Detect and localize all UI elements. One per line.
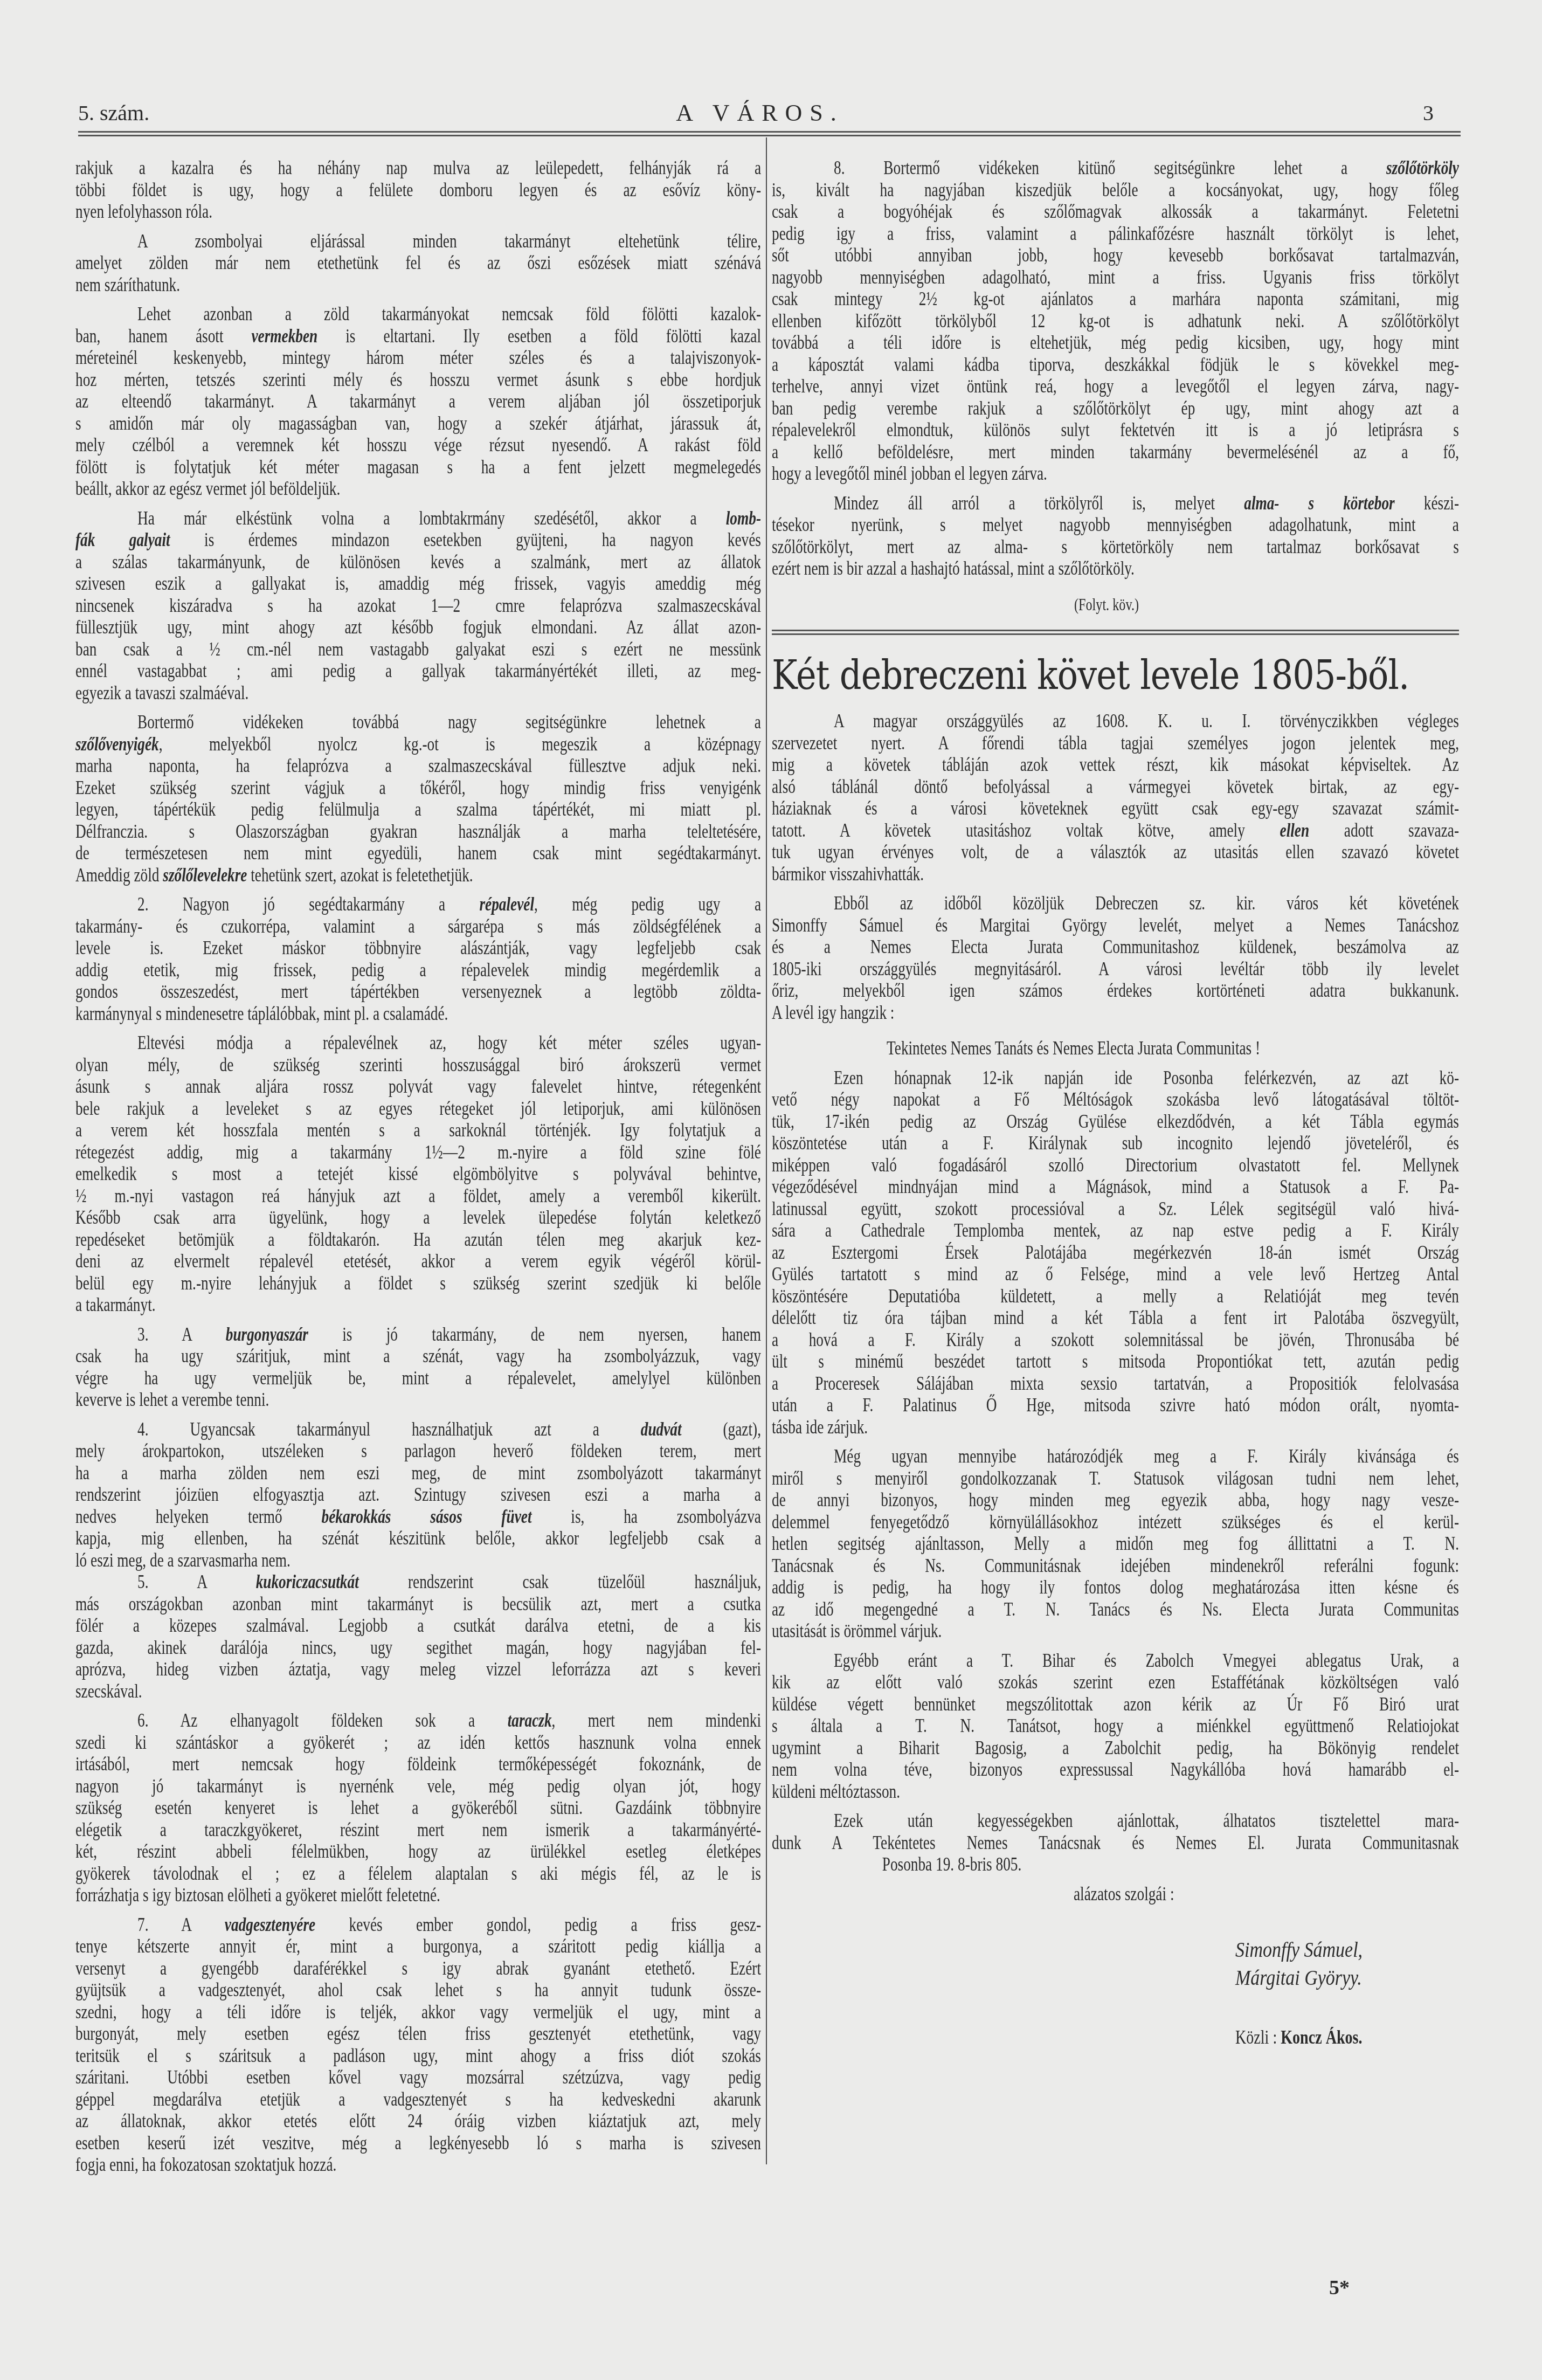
text-line: fogja enni, ha fokozatosan szoktatjuk ho… bbox=[75, 2154, 761, 2176]
text-line: a verem két hosszfala mentén s a sarkokn… bbox=[75, 1120, 761, 1142]
text-line: nyen lefolyhasson róla. bbox=[75, 201, 761, 223]
text-line: hogy a levegőtől minél jobban el legyen … bbox=[772, 463, 1459, 485]
text-line: olyan mély, de szükség szerinti hosszusá… bbox=[75, 1054, 761, 1077]
text-line: háziaknak és a városi követeknek együtt … bbox=[772, 798, 1459, 820]
issue-number: 5. szám. bbox=[78, 102, 149, 124]
text-line: gondos összeszedést, mert tápértékben ve… bbox=[75, 981, 761, 1003]
text-line: más országokban azonban mint takarmányt … bbox=[75, 1593, 761, 1616]
article-intro: A magyar országgyülés az 1608. K. u. I. … bbox=[772, 710, 1459, 1024]
text-line: Ha már elkéstünk volna a lombtakrmány sz… bbox=[75, 508, 761, 530]
text-line: rakjuk a kazalra és ha néhány nap mulva … bbox=[75, 157, 761, 180]
text-line: sőt utóbbi annyiban jobb, hogy kevesebb … bbox=[772, 245, 1459, 267]
text-line: szivesen eszik a gallyakat is, amaddig m… bbox=[75, 573, 761, 595]
text-line: szőlővenyigék, melyekből nyolcz kg.-ot i… bbox=[75, 734, 761, 756]
text-line: szükség esetén kenyeret is lehet a gyöke… bbox=[75, 1797, 761, 1819]
text-line: de annyi bizonyos, hogy minden meg egyez… bbox=[772, 1489, 1459, 1512]
text-line: Ebből az időből közöljük Debreczen sz. k… bbox=[772, 893, 1459, 915]
text-line: utasitását is örömmel várjuk. bbox=[772, 1620, 1459, 1643]
text-line: Egyébb eránt a T. Bihar és Zabolch Vmegy… bbox=[772, 1650, 1459, 1672]
text-line: a hová a F. Király a szokott solemnitáss… bbox=[772, 1329, 1459, 1351]
text-line: az idő megengedné a T. N. Tanács és Ns. … bbox=[772, 1599, 1459, 1621]
text-line: tésekor nyerünk, s melyet nagyobb mennyi… bbox=[772, 514, 1459, 536]
text-line: ban csak a ½ cm.-nél nem vastagabb galya… bbox=[75, 639, 761, 661]
article-title: Két debreczeni követ levele 1805-ből. bbox=[772, 646, 1459, 710]
text-line: ló eszi meg, de a szarvasmarha nem. bbox=[75, 1550, 761, 1572]
text-line: emelkedik s most a tetejét kissé elgömbö… bbox=[75, 1163, 761, 1185]
text-line: Tanácsnak és Ns. Communitásnak idejében … bbox=[772, 1555, 1459, 1577]
text-line: latinussal együtt, szokott processióval … bbox=[772, 1198, 1459, 1220]
text-line: tuk ugyan érvényes volt, de a választók … bbox=[772, 841, 1459, 864]
text-line: a takarmányt. bbox=[75, 1294, 761, 1316]
text-line: miképpen való fogadásáról szolló Directo… bbox=[772, 1155, 1459, 1177]
text-line: nem száríthatunk. bbox=[75, 274, 761, 296]
text-line: 1805-iki országgyülés megnyitásáról. A v… bbox=[772, 958, 1459, 981]
text-line: Mindez áll arról a törkölyről is, melyet… bbox=[772, 493, 1459, 515]
text-line: csak mintegy 2½ kg-ot ajánlatos a marhár… bbox=[772, 288, 1459, 311]
text-line: levele is. Ezeket máskor többnyire alász… bbox=[75, 937, 761, 960]
text-line: marha naponta, ha felaprózva a szalmasze… bbox=[75, 755, 761, 777]
text-line: szedi ki szántáskor a gyökerét ; az idén… bbox=[75, 1732, 761, 1754]
text-line: és a Nemes Electa Jurata Communitashoz k… bbox=[772, 936, 1459, 958]
text-line: ennél vastagabbat ; ami pedig a gallyak … bbox=[75, 660, 761, 682]
text-line: az állatoknak, akkor etetés előtt 24 órá… bbox=[75, 2110, 761, 2133]
text-line: Délfranczia. s Olaszországban gyakran ha… bbox=[75, 821, 761, 843]
text-line: ugymint a Biharit Bagosig, a Zabolchit p… bbox=[772, 1737, 1459, 1760]
text-line: tásba ide zárjuk. bbox=[772, 1417, 1459, 1439]
newspaper-title: A VÁROS. bbox=[647, 102, 873, 124]
text-line: füllesztjük ugy, mint ahogy azt később f… bbox=[75, 617, 761, 639]
text-line: s amidőn már oly magasságban van, hogy a… bbox=[75, 413, 761, 435]
text-line: köszöntetése után a F. Királynak sub inc… bbox=[772, 1133, 1459, 1155]
text-line: Ezen hónapnak 12-ik napján ide Posonba f… bbox=[772, 1067, 1459, 1089]
text-line: mely árokpartokon, utszéleken s parlagon… bbox=[75, 1440, 761, 1463]
text-line: aprózva, hideg vizben áztatja, vagy mele… bbox=[75, 1659, 761, 1681]
text-line: tatott. A követek utasitáshoz voltak köt… bbox=[772, 820, 1459, 842]
text-line: fölött is folytatjuk két méter magasan s… bbox=[75, 457, 761, 479]
text-line: tük, 17-ikén pedig az Ország Gyülése elk… bbox=[772, 1111, 1459, 1133]
text-line: Később csak arra ügyelünk, hogy a levele… bbox=[75, 1207, 761, 1229]
text-line: ½ m.-nyi vastagon reá hányjuk azt a föld… bbox=[75, 1185, 761, 1208]
communicated-by: Közli : Koncz Ákos. bbox=[772, 2026, 1459, 2048]
page-header: 5. szám. A VÁROS. 3 bbox=[0, 0, 1542, 140]
text-line: 6. Az elhanyagolt földeken sok a taraczk… bbox=[75, 1710, 761, 1732]
text-line: versenyt a gyengébb daraférékkel s igy a… bbox=[75, 1958, 761, 1980]
text-line: Ezeket szükség szerint vágjuk a tőkéről,… bbox=[75, 777, 761, 799]
text-line: Még ugyan mennyibe határozódjék meg a F.… bbox=[772, 1446, 1459, 1468]
text-line: ült s minémű beszédet tartott s mitsoda … bbox=[772, 1351, 1459, 1373]
text-line: nagyobb mennyiségben adagolható, mint a … bbox=[772, 267, 1459, 289]
text-line: Eltevési módja a répalevélnek az, hogy k… bbox=[75, 1032, 761, 1054]
text-line: tenye kétszerte annyit ér, mint a burgon… bbox=[75, 1936, 761, 1958]
continuation-note: (Folyt. köv.) bbox=[772, 594, 1459, 616]
text-line: rétegezést addig, mig a takarmány 1½—2 m… bbox=[75, 1142, 761, 1164]
text-line: továbbá a téli időre is eltehetjük, még … bbox=[772, 332, 1459, 354]
text-line: 8. Bortermő vidékeken kitünő segitségünk… bbox=[772, 157, 1459, 180]
text-line: a kellő beföldelésre, mert minden takarm… bbox=[772, 441, 1459, 464]
text-line: gazda, akinek darálója nincs, ugy segith… bbox=[75, 1637, 761, 1659]
text-line: fölér a közepes szalmával. Legjobb a csu… bbox=[75, 1615, 761, 1637]
text-line: hetlen segitség ajánltasson, Melly a mid… bbox=[772, 1533, 1459, 1555]
page-number: 3 bbox=[1423, 102, 1434, 124]
text-line: hoz mérten, tetszés szerinti mély és hos… bbox=[75, 369, 761, 391]
text-line: 7. A vadgesztenyére kevés ember gondol, … bbox=[75, 1914, 761, 1936]
text-line: küldése végett bennünket megszólitottak … bbox=[772, 1694, 1459, 1716]
text-line: vető négy napokat a Fő Méltóságok szokás… bbox=[772, 1089, 1459, 1111]
text-line: de természetesen nem mint egyedüli, hane… bbox=[75, 843, 761, 865]
letter-date-place: Posonba 19. 8-bris 805. bbox=[772, 1854, 1459, 1876]
text-line: 2. Nagyon jó segédtakarmány a répalevél,… bbox=[75, 894, 761, 916]
text-line: gyüjtsük a vadgesztenyét, ahol csak lehe… bbox=[75, 1979, 761, 2002]
text-line: szedni, hogy a téli időre is teljék, akk… bbox=[75, 2002, 761, 2024]
text-line: délelőtt tiz óra tájban mind a két Tábla… bbox=[772, 1307, 1459, 1329]
text-line: kik az előtt való szokás szerint ezen Es… bbox=[772, 1672, 1459, 1694]
text-line: méreteinél keskenyebb, mintegy három mét… bbox=[75, 347, 761, 369]
left-column-article: rakjuk a kazalra és ha néhány nap mulva … bbox=[75, 157, 761, 2176]
text-line: irtásából, mert nemcsak hogy földeink te… bbox=[75, 1754, 761, 1776]
text-line: 4. Ugyancsak takarmányul használhatjuk a… bbox=[75, 1419, 761, 1441]
text-line: szőlőtörkölyt, mert az alma- s körtetörk… bbox=[772, 536, 1459, 558]
text-line: csak a bogyóhéjak és szőlőmagvak alkossá… bbox=[772, 201, 1459, 223]
text-line: 5. A kukoriczacsutkát rendszerint csak t… bbox=[75, 1571, 761, 1593]
column-divider bbox=[766, 137, 767, 2164]
header-double-rule bbox=[78, 131, 1461, 136]
text-line: küldeni méltóztasson. bbox=[772, 1781, 1459, 1803]
text-line: az Esztergomi Érsek Palotájába megérkezv… bbox=[772, 1242, 1459, 1264]
text-line: amelyet zölden már nem etethetünk fel és… bbox=[75, 252, 761, 274]
text-line: ha a marha zölden nem eszi meg, de mint … bbox=[75, 1463, 761, 1485]
text-line: ásunk s annak aljára rossz polyvát vagy … bbox=[75, 1076, 761, 1098]
text-line: Ameddig zöld szőlőlevelekre tehetünk sze… bbox=[75, 865, 761, 887]
signature-1: Simonffy Sámuel, bbox=[772, 1937, 1459, 1962]
text-line: miről s menyiről gondolkozzanak T. Statu… bbox=[772, 1468, 1459, 1490]
text-line: fák galyait is érdemes mindazon esetekbe… bbox=[75, 529, 761, 551]
letter-salutation: Tekintetes Nemes Tanáts és Nemes Electa … bbox=[772, 1038, 1459, 1060]
text-line: teritsük el s száritsuk a padláson ugy, … bbox=[75, 2045, 761, 2067]
text-line: forrázhatja s igy biztosan elölheti a gy… bbox=[75, 1885, 761, 1907]
text-line: után a F. Palatinus Ő Hge, mitsoda szivr… bbox=[772, 1395, 1459, 1417]
text-line: burgonyát, mely esetben egész télen fris… bbox=[75, 2023, 761, 2045]
text-line: nem volna téve, bizonyos expressussal Na… bbox=[772, 1759, 1459, 1781]
text-line: Simonffy Sámuel és Margitai György level… bbox=[772, 915, 1459, 937]
text-line: szervezetet nyert. A főrendi tábla tagja… bbox=[772, 733, 1459, 755]
text-line: bele rakjuk a leveleket s az egyes réteg… bbox=[75, 1098, 761, 1120]
right-column: 8. Bortermő vidékeken kitünő segitségünk… bbox=[772, 157, 1459, 2048]
text-line: elégetik a taraczkgyökeret, részint mert… bbox=[75, 1819, 761, 1841]
text-line: rendszerint jóizüen elfogyasztja azt. Sz… bbox=[75, 1484, 761, 1506]
printer-signature-mark: 5* bbox=[1329, 2276, 1350, 2300]
communicated-by-name: Koncz Ákos. bbox=[1281, 2026, 1362, 2048]
text-line: ezért nem is bir azzal a hashajtó hatáss… bbox=[772, 558, 1459, 580]
text-line: csak ha ugy száritjuk, mint a szénát, va… bbox=[75, 1346, 761, 1368]
text-line: a Proceresek Sálájában mixta sexsio tart… bbox=[772, 1373, 1459, 1395]
text-line: s általa a T. N. Tanátsot, hogy a miénkk… bbox=[772, 1715, 1459, 1737]
text-line: belül egy m.-nyire lehányjuk a földet s … bbox=[75, 1273, 761, 1295]
communicated-by-label: Közli : bbox=[1235, 2026, 1277, 2048]
text-line: is, kivált ha nagyjában kiszedjük belőle… bbox=[772, 180, 1459, 202]
feed-article-continuation: 8. Bortermő vidékeken kitünő segitségünk… bbox=[772, 157, 1459, 580]
text-line: addig etetik, mig frissek, pedig a répal… bbox=[75, 960, 761, 982]
text-line: a szálas takarmányunk, de különösen kevé… bbox=[75, 551, 761, 574]
text-line: géppel megdarálva etetjük a vadgesztenyé… bbox=[75, 2089, 761, 2111]
text-line: beállt, akkor az egész vermet jól beföld… bbox=[75, 478, 761, 500]
text-line: ellenben kifőzött törkölyből 12 kg-ot is… bbox=[772, 311, 1459, 333]
text-line: nincsenek kiszáradva s ha azokat 1—2 cmr… bbox=[75, 595, 761, 617]
text-line: gyökerek távolodnak el ; ez a félelem al… bbox=[75, 1863, 761, 1885]
text-line: terhelve, annyi vizet öntünk reá, hogy a… bbox=[772, 376, 1459, 398]
text-line: kapja, mig ellenben, ha szénát készitünk… bbox=[75, 1528, 761, 1550]
article-separator-rule bbox=[772, 630, 1459, 635]
text-line: legyen, tápértékük pedig felülmulja a sz… bbox=[75, 799, 761, 821]
text-line: két, részint abbeli félelmükben, hogy az… bbox=[75, 1841, 761, 1863]
text-line: dunk A Tekéntetes Nemes Tanácsnak és Nem… bbox=[772, 1832, 1459, 1854]
text-line: száritani. Utóbbi esetben kővel vagy moz… bbox=[75, 2067, 761, 2089]
text-line: többi földet is ugy, hogy a felülete dom… bbox=[75, 180, 761, 202]
text-line: sára a Cathedrale Templomba mentek, az n… bbox=[772, 1220, 1459, 1242]
text-line: Lehet azonban a zöld takarmányokat nemcs… bbox=[75, 303, 761, 326]
text-line: delemmel fenyegetődző környülállásokhoz … bbox=[772, 1512, 1459, 1534]
text-line: A magyar országgyülés az 1608. K. u. I. … bbox=[772, 710, 1459, 733]
text-line: szecskával. bbox=[75, 1681, 761, 1703]
text-line: a káposztát valami kádba tiporva, deszká… bbox=[772, 354, 1459, 376]
text-line: addig is pedig, ha hogy ily fontos dolog… bbox=[772, 1577, 1459, 1599]
text-line: végeződésével mindnyájan mind a Mágnások… bbox=[772, 1176, 1459, 1198]
text-line: keverve is lehet a verembe tenni. bbox=[75, 1389, 761, 1411]
text-line: ban, hanem ásott vermekben is eltartani.… bbox=[75, 326, 761, 348]
letter-body: Ezen hónapnak 12-ik napján ide Posonba f… bbox=[772, 1067, 1459, 1854]
text-line: egyezik a tavaszi szalmáéval. bbox=[75, 682, 761, 705]
text-line: végre ha ugy vermeljük be, mint a répale… bbox=[75, 1368, 761, 1390]
text-line: ban pedig verembe rakjuk a szőlőtörkölyt… bbox=[772, 398, 1459, 420]
signature-2: Márgitai Györyy. bbox=[772, 1965, 1459, 1990]
text-line: mely czélból a veremnek két hosszu vége … bbox=[75, 434, 761, 457]
text-line: az elteendő takarmányt. A takarmányt a v… bbox=[75, 391, 761, 413]
text-line: Gyülés tartatott s mind az ő Felsége, mi… bbox=[772, 1264, 1459, 1286]
text-line: Ezek után kegyességekben ajánlottak, álh… bbox=[772, 1810, 1459, 1832]
text-line: karmánynyal s mindenesetre táplálóbbak, … bbox=[75, 1003, 761, 1025]
text-line: esetben keserű izét veszitve, még a legk… bbox=[75, 2133, 761, 2155]
text-line: alsó táblánál döntő befolyással a vármeg… bbox=[772, 776, 1459, 798]
letter-closing: alázatos szolgái : bbox=[772, 1884, 1459, 1906]
text-line: nedves helyeken termő békarokkás sásos f… bbox=[75, 1506, 761, 1528]
text-line: deni az elvermelt répalevél etetését, ak… bbox=[75, 1251, 761, 1273]
text-line: 3. A burgonyaszár is jó takarmány, de ne… bbox=[75, 1324, 761, 1346]
text-line: Bortermő vidékeken továbbá nagy segitség… bbox=[75, 712, 761, 734]
text-line: mig a követek tábláján azok vettek részt… bbox=[772, 754, 1459, 776]
text-line: bármikor visszahivhatták. bbox=[772, 864, 1459, 886]
text-line: pedig igy a friss, valamint a pálinkafőz… bbox=[772, 223, 1459, 245]
text-line: őriz, melyekből igen számos érdekes kort… bbox=[772, 980, 1459, 1002]
text-line: repedéseket betömjük a földtakarón. Ha a… bbox=[75, 1229, 761, 1251]
text-line: köszöntésére Deputatióba küldetett, a me… bbox=[772, 1286, 1459, 1308]
text-line: nagyon jó takarmányt is nyernénk vele, m… bbox=[75, 1776, 761, 1798]
text-line: A zsombolyai eljárással minden takarmány… bbox=[75, 231, 761, 253]
text-line: takarmány- és czukorrépa, valamint a sár… bbox=[75, 916, 761, 938]
text-line: A levél igy hangzik : bbox=[772, 1002, 1459, 1024]
text-line: répalevelekről elmondtuk, különös sulyt … bbox=[772, 419, 1459, 441]
